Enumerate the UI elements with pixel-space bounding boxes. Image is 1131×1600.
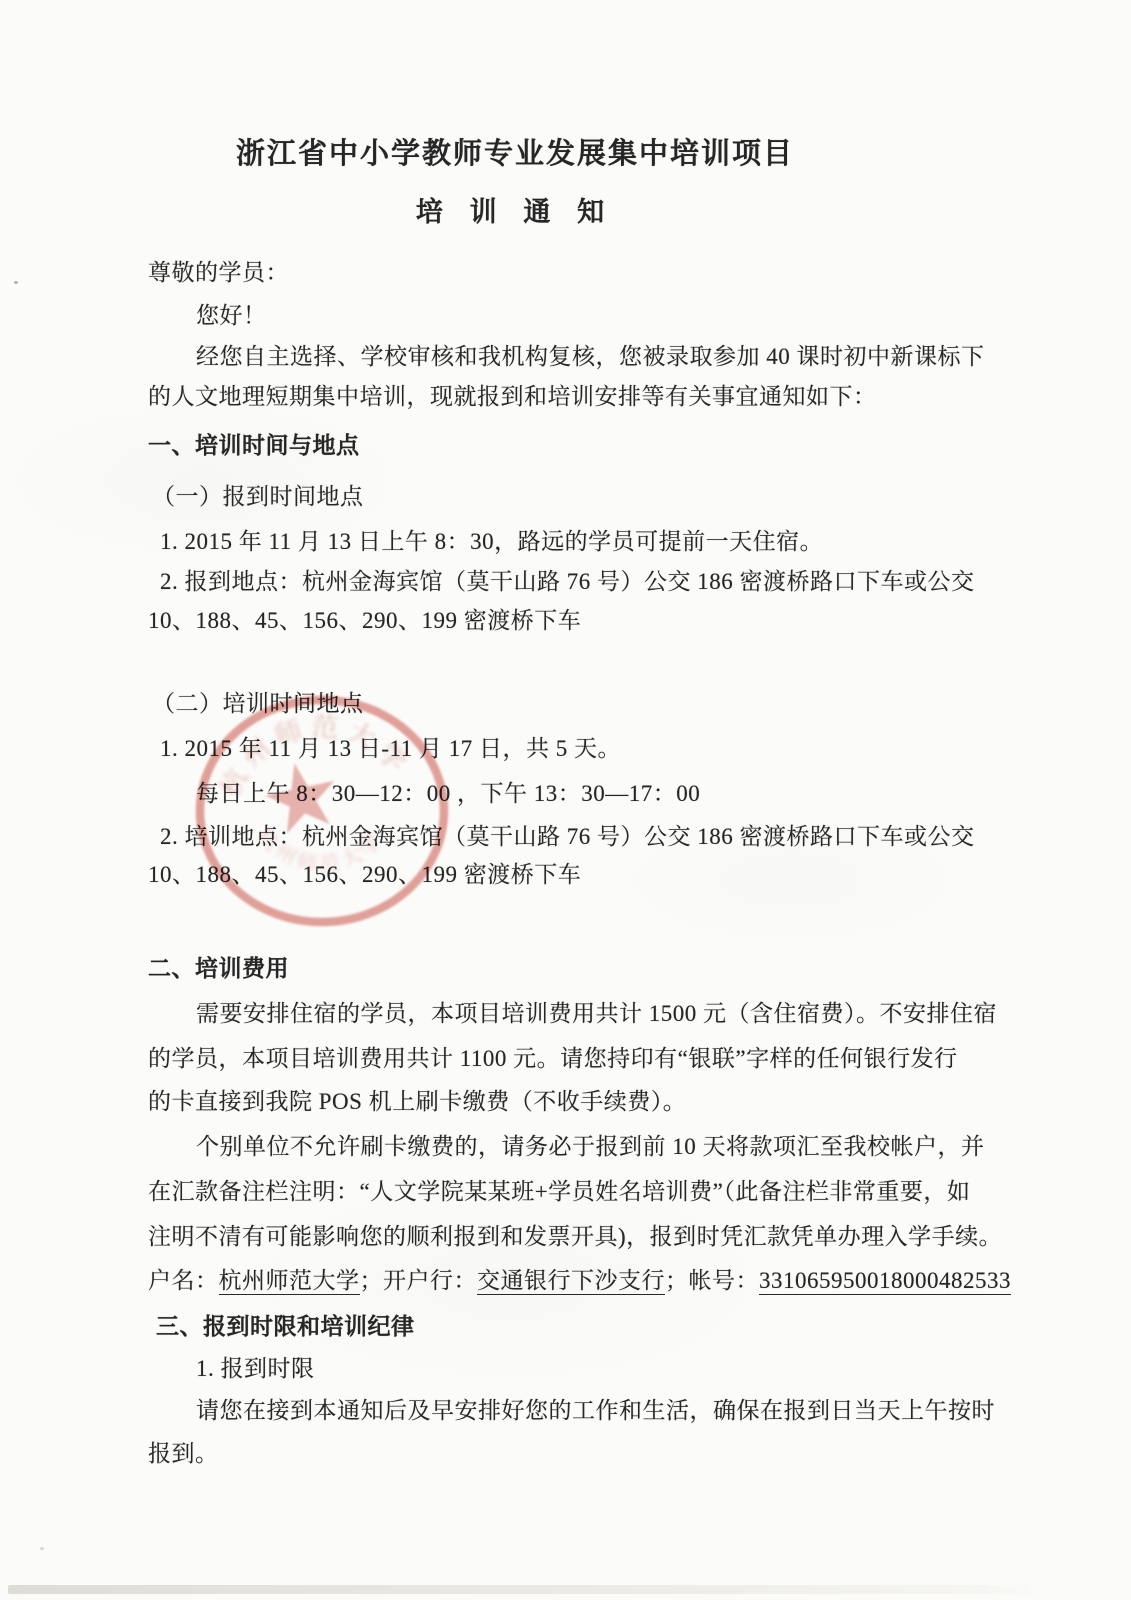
- account-bank-label: ；开户行：: [360, 1268, 478, 1293]
- report-time-item: 1. 2015 年 11 月 13 日上午 8：30，路远的学员可提前一天住宿。: [160, 526, 823, 558]
- report-place-item: 2. 报到地点：杭州金海宾馆（莫干山路 76 号）公交 186 密渡桥路口下车或…: [160, 566, 975, 598]
- scan-edge-shadow: [8, 1585, 1050, 1594]
- section-2-heading: 二、培训费用: [148, 953, 289, 985]
- account-name: 杭州师范大学: [219, 1268, 360, 1295]
- account-bank: 交通银行下沙支行: [477, 1268, 665, 1295]
- section-1-heading: 一、培训时间与地点: [148, 430, 360, 462]
- bank-account-line: 户名：杭州师范大学；开户行：交通银行下沙支行；帐号：33106595001800…: [148, 1265, 1011, 1297]
- deadline-para-line: 报到。: [148, 1438, 219, 1470]
- remit-para-line: 个别单位不允许刷卡缴费的，请务必于报到前 10 天将款项汇至我校帐户，并: [196, 1131, 985, 1163]
- section-3-heading: 三、报到时限和培训纪律: [156, 1311, 415, 1343]
- scan-speck: [40, 1547, 44, 1550]
- report-place-item-cont: 10、188、45、156、290、199 密渡桥下车: [148, 605, 581, 637]
- greeting: 您好！: [196, 300, 267, 332]
- fee-para-line: 需要安排住宿的学员，本项目培训费用共计 1500 元（含住宿费）。不安排住宿: [196, 998, 997, 1030]
- document-title: 浙江省中小学教师专业发展集中培训项目: [0, 138, 1030, 170]
- section-1-2-heading: （二）培训时间地点: [152, 688, 364, 720]
- official-red-seal: ★ 杭州师范大学 杭州师范大学: [190, 693, 454, 933]
- scanned-notice-page: 浙江省中小学教师专业发展集中培训项目 培 训 通 知 尊敬的学员： 您好！ 经您…: [0, 0, 1131, 1600]
- intro-line: 的人文地理短期集中培训，现就报到和培训安排等有关事宜通知如下：: [148, 381, 877, 413]
- training-place-item-cont: 10、188、45、156、290、199 密渡桥下车: [148, 859, 581, 891]
- deadline-item: 1. 报到时限: [196, 1353, 315, 1385]
- scan-speck: [14, 281, 18, 284]
- account-name-label: 户名：: [148, 1268, 219, 1293]
- intro-line: 经您自主选择、学校审核和我机构复核，您被录取参加 40 课时初中新课标下: [196, 341, 985, 373]
- document-subtitle: 培 训 通 知: [0, 196, 1030, 228]
- fee-para-line: 的卡直接到我院 POS 机上刷卡缴费（不收手续费）。: [148, 1086, 686, 1118]
- account-number-label: ；帐号：: [665, 1268, 759, 1293]
- remit-para-line: 在汇款备注栏注明：“人文学院某某班+学员姓名培训费”（此备注栏非常重要，如: [148, 1176, 970, 1208]
- salutation: 尊敬的学员：: [148, 257, 289, 289]
- fee-para-line: 的学员，本项目培训费用共计 1100 元。请您持印有“银联”字样的任何银行发行: [148, 1043, 958, 1075]
- remit-para-line: 注明不清有可能影响您的顺利报到和发票开具)，报到时凭汇款凭单办理入学手续。: [148, 1221, 1002, 1253]
- section-1-1-heading: （一）报到时间地点: [152, 481, 364, 513]
- deadline-para-line: 请您在接到本通知后及早安排好您的工作和生活，确保在报到日当天上午按时: [196, 1395, 995, 1427]
- training-dates-item: 1. 2015 年 11 月 13 日-11 月 17 日，共 5 天。: [160, 733, 621, 765]
- daily-schedule: 每日上午 8：30—12：00 ，下午 13：30—17：00: [196, 778, 700, 810]
- account-number: 331065950018000482533: [759, 1268, 1011, 1295]
- training-place-item: 2. 培训地点：杭州金海宾馆（莫干山路 76 号）公交 186 密渡桥路口下车或…: [160, 821, 975, 853]
